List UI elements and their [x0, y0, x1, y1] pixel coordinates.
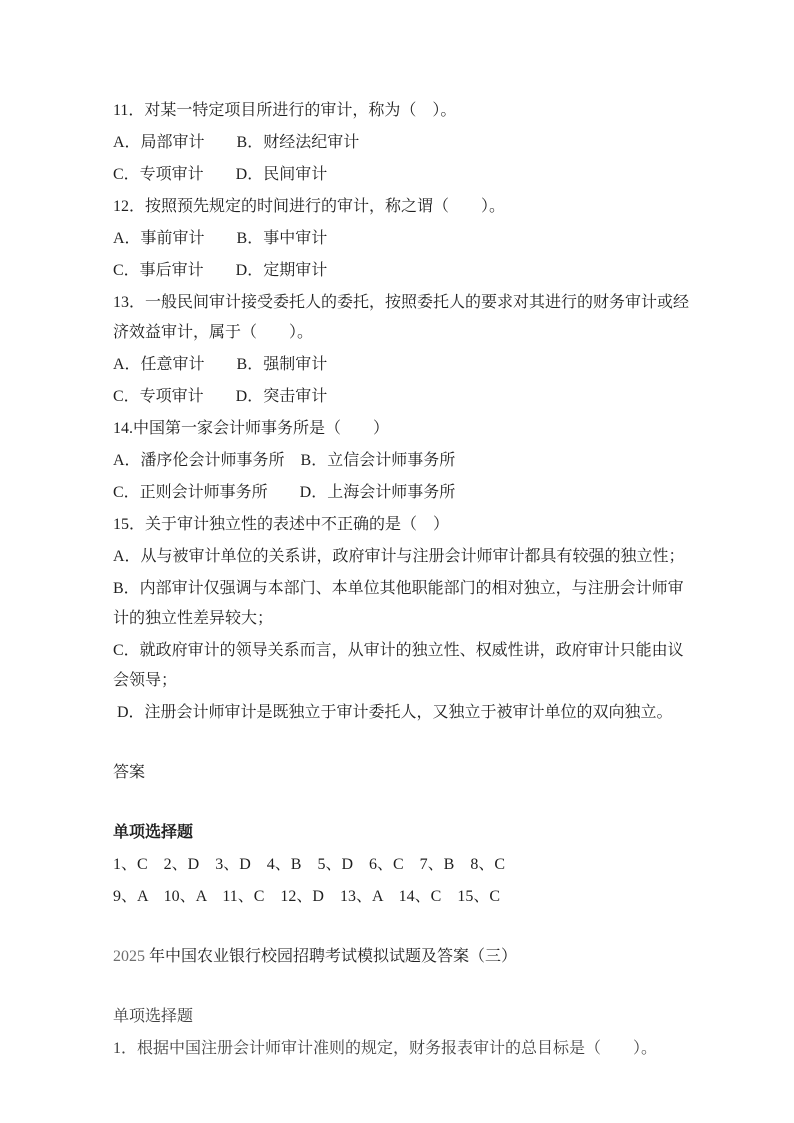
paragraph-break [113, 914, 694, 942]
question-13-options-ab: A．任意审计 B．强制审计 [113, 350, 694, 380]
question-11-stem: 11．对某一特定项目所进行的审计，称为（ ）。 [113, 96, 694, 126]
next-paper-section-heading: 单项选择题 [113, 1002, 694, 1032]
question-11-options-cd: C．专项审计 D．民间审计 [113, 160, 694, 190]
next-paper-question-1: 1．根据中国注册会计师审计准则的规定，财务报表审计的总目标是（ ）。 [113, 1034, 694, 1064]
question-15-option-b: B．内部审计仅强调与本部门、本单位其他职能部门的相对独立，与注册会计师审计的独立… [113, 574, 694, 634]
question-12-options-ab: A．事前审计 B．事中审计 [113, 224, 694, 254]
question-12-options-cd: C．事后审计 D．定期审计 [113, 256, 694, 286]
question-13-stem: 13．一般民间审计接受委托人的委托，按照委托人的要求对其进行的财务审计或经济效益… [113, 288, 694, 348]
question-14-options-cd: C．正则会计师事务所 D．上海会计师事务所 [113, 478, 694, 508]
question-15-option-a: A．从与被审计单位的关系讲，政府审计与注册会计师审计都具有较强的独立性； [113, 542, 694, 572]
answers-row-1: 1、C 2、D 3、D 4、B 5、D 6、C 7、B 8、C [113, 850, 694, 880]
question-14-stem: 14.中国第一家会计师事务所是（ ） [113, 414, 694, 444]
next-paper-title: 2025 年中国农业银行校园招聘考试模拟试题及答案（三） [113, 942, 694, 972]
question-11-options-ab: A．局部审计 B．财经法纪审计 [113, 128, 694, 158]
question-15-stem: 15．关于审计独立性的表述中不正确的是（ ） [113, 510, 694, 540]
paragraph-break [113, 790, 694, 818]
question-12-stem: 12．按照预先规定的时间进行的审计，称之谓（ ）。 [113, 192, 694, 222]
answers-heading: 答案 [113, 758, 694, 788]
next-paper-title-text: 年中国农业银行校园招聘考试模拟试题及答案（三） [145, 948, 517, 965]
paragraph-break [113, 974, 694, 1002]
answers-subheading: 单项选择题 [113, 818, 694, 848]
question-14-options-ab: A．潘序伦会计师事务所 B．立信会计师事务所 [113, 446, 694, 476]
question-15-option-d: D．注册会计师审计是既独立于审计委托人，又独立于被审计单位的双向独立。 [113, 698, 694, 728]
document-page: 11．对某一特定项目所进行的审计，称为（ ）。 A．局部审计 B．财经法纪审计 … [0, 0, 794, 1123]
question-15-option-c: C．就政府审计的领导关系而言，从审计的独立性、权威性讲，政府审计只能由议会领导； [113, 636, 694, 696]
answers-row-2: 9、A 10、A 11、C 12、D 13、A 14、C 15、C [113, 882, 694, 912]
paragraph-break [113, 730, 694, 758]
next-paper-title-year: 2025 [113, 948, 145, 965]
question-13-options-cd: C．专项审计 D．突击审计 [113, 382, 694, 412]
